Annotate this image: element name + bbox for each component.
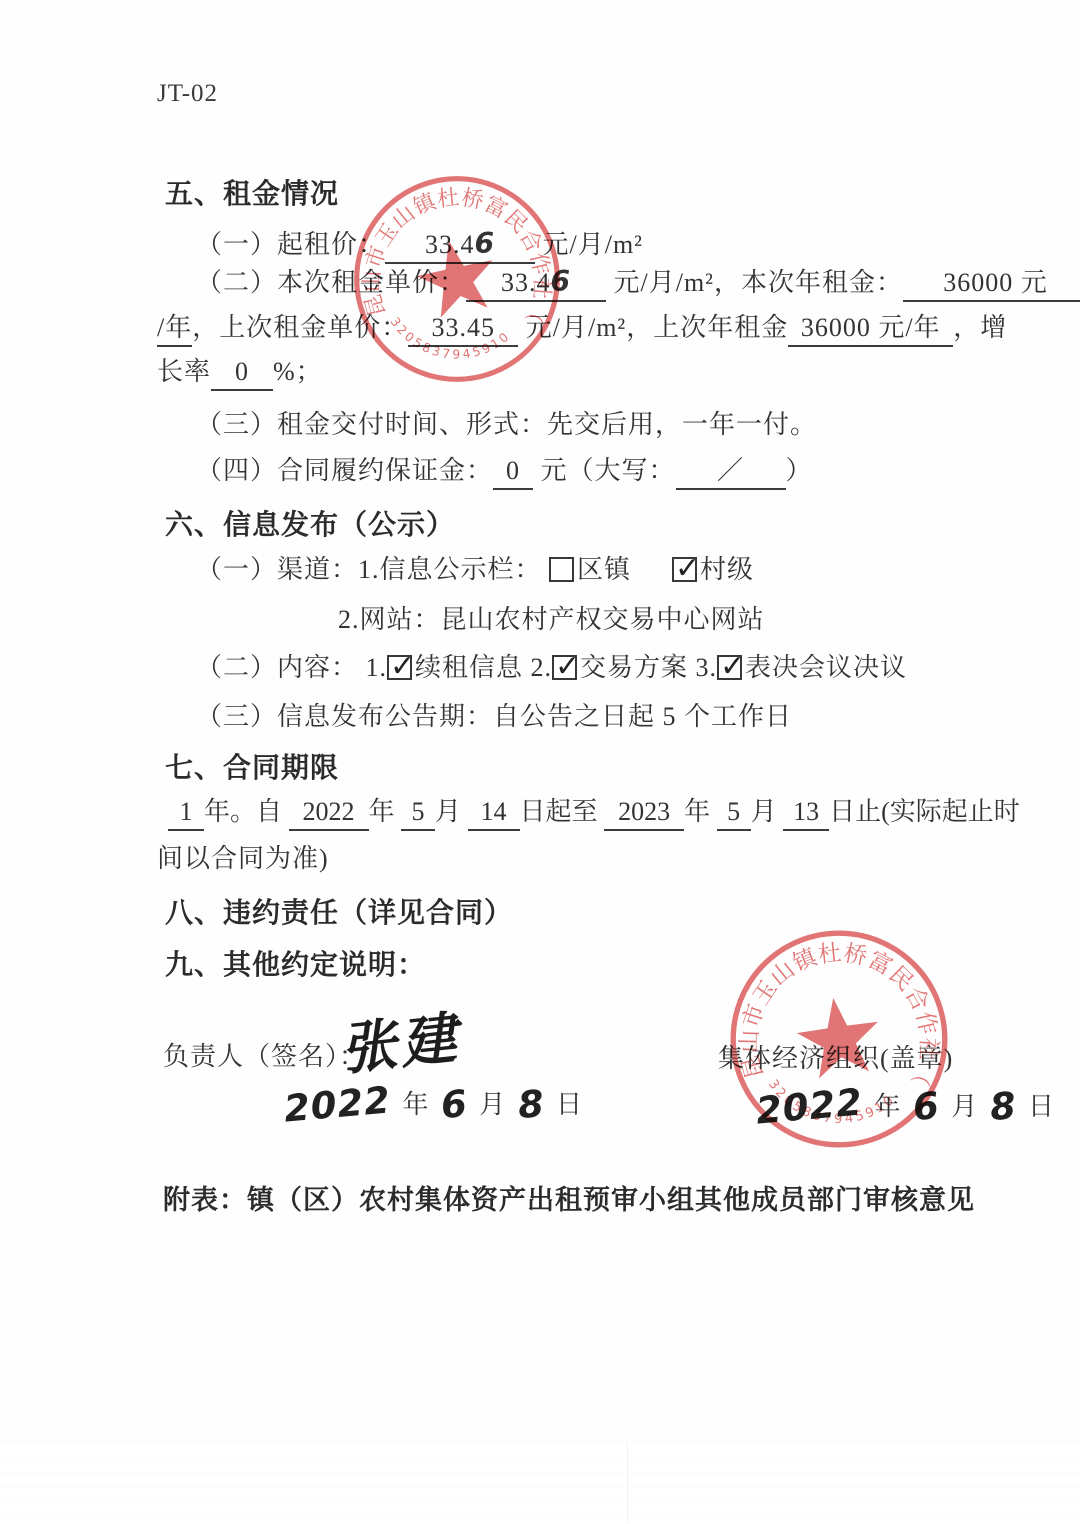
line-payment-terms: （三）租金交付时间、形式：先交后用，一年一付。 [196,406,817,444]
section-8-title: 八、违约责任（详见合同） [165,891,513,931]
end-month-blank: 5 [717,795,751,831]
scan-showthrough-divider [627,1442,628,1522]
handwritten-month: 6 [439,1085,469,1125]
checkbox-checked-icon: ✓ [387,655,412,680]
prev-annual-rent-blank: 36000 元/年 [788,311,953,347]
official-seal-top: 昆山市玉山镇杜桥富民合作社（普惠） 3205837945910 [348,170,566,388]
channel-option-2: 村级 [700,555,754,584]
seal-serial-number: 3205837945910 [388,315,514,362]
checkbox-checked-icon: ✓ [552,655,577,680]
section-5-title: 五、租金情况 [165,172,339,212]
start-day-blank: 14 [468,795,520,831]
term-years-blank: 1 [168,795,204,831]
checkbox-unchecked-icon [549,557,574,582]
line-contract-term: 1年。自 2022年 5月 14日起至 2023年 5月 13日止(实际起止时 [168,793,1020,831]
growth-rate-blank: 0 [211,355,273,391]
line-previous-rent: /年，上次租金单价：33.45 元/月/m²，上次年租金36000 元/年，增 [157,309,1007,347]
responsible-person-label: 负责人（签名）： [163,1038,366,1076]
line-current-rent: （二）本次租金单价：33.46 元/月/m²，本次年租金：36000 元 [196,264,1080,302]
seal-serial-number: 3205837945910 [765,1077,899,1127]
handwritten-signature: 张建 [336,994,464,1086]
official-seal-bottom: 昆山市玉山镇杜桥富民合作社（普惠） 3205837945910 [724,924,954,1154]
checkbox-checked-icon: ✓ [672,557,697,582]
handwritten-day: 8 [988,1087,1018,1127]
channel-option-1: 区镇 [577,555,631,584]
scan-showthrough-lines [0,1442,1080,1524]
annual-rent-blank: 36000 元 [903,266,1080,302]
star-icon [411,233,502,321]
start-month-blank: 5 [401,795,435,831]
form-code: JT-02 [157,80,218,108]
handwritten-year: 2022 [283,1081,393,1128]
section-9-title: 九、其他约定说明： [165,943,426,983]
section-6-title: 六、信息发布（公示） [165,503,455,543]
handwritten-day: 8 [516,1085,546,1125]
deposit-words-blank: ／ [676,454,786,490]
end-year-blank: 2023 [604,795,684,831]
line-growth-rate: 长率0%； [157,353,323,391]
start-year-blank: 2022 [289,795,369,831]
end-day-blank: 13 [783,795,829,831]
svg-text:3205837945910: 3205837945910 [765,1077,899,1127]
section-7-title: 七、合同期限 [165,746,339,786]
left-date: 2022 年 6 月 8 日 [280,1086,583,1124]
svg-text:3205837945910: 3205837945910 [388,315,514,362]
line-content: （二）内容： 1.✓续租信息 2.✓交易方案 3.✓表决会议决议 [196,649,907,687]
line-contract-term-2: 间以合同为准) [157,840,329,878]
line-announcement-period: （三）信息发布公告期：自公告之日起 5 个工作日 [196,698,792,736]
line-channel: （一）渠道：1.信息公示栏： 区镇 ✓村级 [196,551,754,589]
per-year-blank: /年 [157,311,192,347]
deposit-blank: 0 [493,454,533,490]
star-icon [793,992,885,1080]
checkbox-checked-icon: ✓ [717,655,742,680]
line-website: 2.网站：昆山农村产权交易中心网站 [338,601,765,639]
line-deposit: （四）合同履约保证金：0 元（大写：／） [196,452,813,490]
document-page: JT-02 五、租金情况 （一）起租价：33.46 元/月/m² （二）本次租金… [0,0,1080,1524]
appendix-note: 附表：镇（区）农村集体资产出租预审小组其他成员部门审核意见 [163,1178,975,1217]
